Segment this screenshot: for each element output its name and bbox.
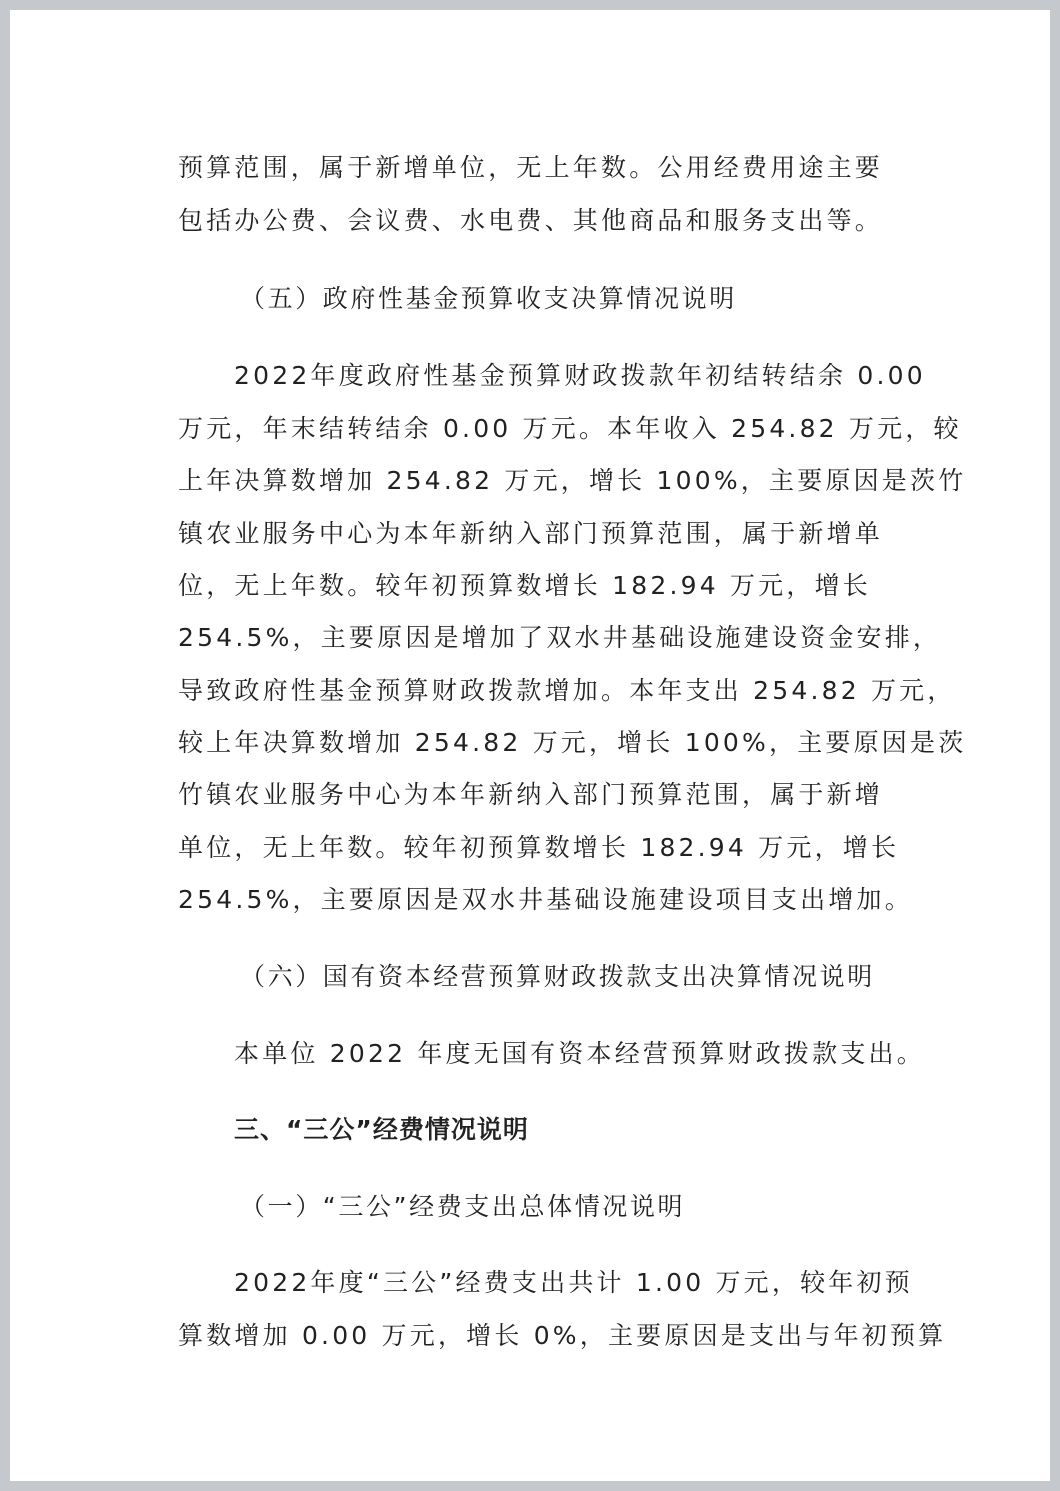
body-line: 254.5%，主要原因是增加了双水井基础设施建设资金安排， (178, 623, 941, 653)
section-heading-3: 三、“三公”经费情况说明 (234, 1115, 529, 1145)
body-line: 254.5%，主要原因是双水井基础设施建设项目支出增加。 (178, 885, 913, 915)
body-line: 包括办公费、会议费、水电费、其他商品和服务支出等。 (178, 206, 883, 236)
section-subheading-6: （六）国有资本经营预算财政拨款支出决算情况说明 (240, 962, 875, 992)
section-subheading-5: （五）政府性基金预算收支决算情况说明 (240, 284, 737, 314)
paragraph-start: 2022年度政府性基金预算财政拨款年初结转结余 0.00 (234, 361, 926, 391)
section-subheading-1: （一）“三公”经费支出总体情况说明 (240, 1192, 685, 1222)
body-line: 上年决算数增加 254.82 万元，增长 100%，主要原因是茨竹 (178, 466, 966, 496)
body-line: 镇农业服务中心为本年新纳入部门预算范围，属于新增单 (178, 519, 883, 549)
body-line: 预算范围，属于新增单位，无上年数。公用经费用途主要 (178, 153, 883, 183)
body-line: 位，无上年数。较年初预算数增长 182.94 万元，增长 (178, 571, 871, 601)
paragraph-start: 2022年度“三公”经费支出共计 1.00 万元，较年初预 (234, 1268, 913, 1298)
document-page: 预算范围，属于新增单位，无上年数。公用经费用途主要 包括办公费、会议费、水电费、… (10, 10, 1050, 1481)
body-line: 导致政府性基金预算财政拨款增加。本年支出 254.82 万元， (178, 676, 956, 706)
body-line: 算数增加 0.00 万元，增长 0%，主要原因是支出与年初预算 (178, 1321, 946, 1351)
paragraph-start: 本单位 2022 年度无国有资本经营预算财政拨款支出。 (234, 1039, 925, 1069)
body-line: 较上年决算数增加 254.82 万元，增长 100%，主要原因是茨 (178, 728, 966, 758)
body-line: 竹镇农业服务中心为本年新纳入部门预算范围，属于新增 (178, 780, 883, 810)
body-line: 万元，年末结转结余 0.00 万元。本年收入 254.82 万元，较 (178, 414, 962, 444)
body-line: 单位，无上年数。较年初预算数增长 182.94 万元，增长 (178, 833, 899, 863)
